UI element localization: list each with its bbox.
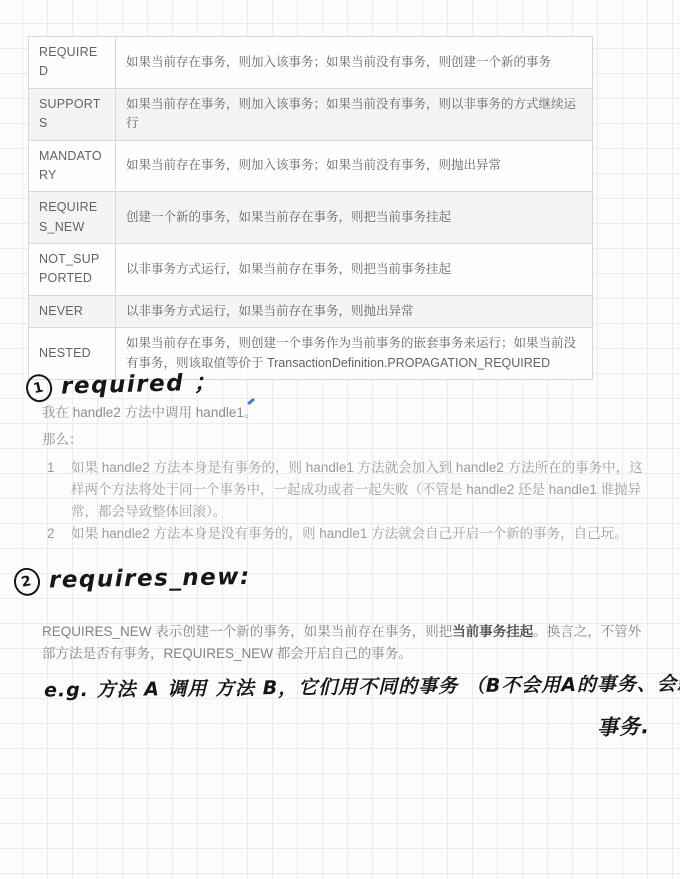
handwritten-note-line2: 事务. xyxy=(596,710,650,742)
list-item: 1 如果 handle2 方法本身是有事务的，则 handle1 方法就会加入到… xyxy=(47,457,653,523)
handwritten-heading-requires-new: 2requires_new: xyxy=(14,564,251,596)
propagation-desc: 如果当前存在事务，则加入该事务；如果当前没有事务，则创建一个新的事务 xyxy=(116,37,593,89)
list-item-number: 1 xyxy=(47,457,71,523)
table-row: REQUIRES_NEW 创建一个新的事务，如果当前存在事务，则把当前事务挂起 xyxy=(29,192,593,244)
propagation-table: REQUIRED 如果当前存在事务，则加入该事务；如果当前没有事务，则创建一个新… xyxy=(28,36,593,380)
propagation-desc: 如果当前存在事务，则加入该事务；如果当前没有事务，则抛出异常 xyxy=(116,140,593,192)
propagation-desc: 如果当前存在事务，则加入该事务；如果当前没有事务，则以非事务的方式继续运行 xyxy=(116,88,593,140)
numbered-list: 1 如果 handle2 方法本身是有事务的，则 handle1 方法就会加入到… xyxy=(47,457,653,545)
table-row: NEVER 以非事务方式运行，如果当前存在事务，则抛出异常 xyxy=(29,295,593,327)
handwritten-note-line1: e.g. 方法 A 调用 方法 B，它们用不同的事务 （B不会用A的事务、会新增 xyxy=(44,668,680,702)
propagation-term: REQUIRED xyxy=(29,37,116,89)
propagation-term: REQUIRES_NEW xyxy=(29,192,116,244)
list-item-number: 2 xyxy=(47,523,71,545)
list-item: 2 如果 handle2 方法本身是没有事务的，则 handle1 方法就会自己… xyxy=(47,523,653,545)
lead-line: 那么： xyxy=(42,429,83,451)
note-page: REQUIRED 如果当前存在事务，则加入该事务；如果当前没有事务，则创建一个新… xyxy=(0,0,680,879)
propagation-term: MANDATORY xyxy=(29,140,116,192)
paragraph-text: REQUIRES_NEW 表示创建一个新的事务，如果当前存在事务，则把 xyxy=(42,624,452,639)
paragraph-bold-text: 当前事务挂起 xyxy=(452,624,533,639)
heading-text: required ； xyxy=(61,369,219,399)
table-row: SUPPORTS 如果当前存在事务，则加入该事务；如果当前没有事务，则以非事务的… xyxy=(29,88,593,140)
table-row: MANDATORY 如果当前存在事务，则加入该事务；如果当前没有事务，则抛出异常 xyxy=(29,140,593,192)
handwritten-heading-required: 1required ； xyxy=(26,363,219,402)
circled-number-1: 1 xyxy=(24,372,55,405)
propagation-desc: 以非事务方式运行，如果当前存在事务，则抛出异常 xyxy=(116,295,593,327)
intro-line: 我在 handle2 方法中调用 handle1。 xyxy=(42,402,257,424)
propagation-term: NEVER xyxy=(29,295,116,327)
list-item-text: 如果 handle2 方法本身是没有事务的，则 handle1 方法就会自己开启… xyxy=(71,523,653,545)
circled-number-2: 2 xyxy=(12,566,43,598)
requires-new-paragraph: REQUIRES_NEW 表示创建一个新的事务，如果当前存在事务，则把当前事务挂… xyxy=(42,621,654,665)
propagation-desc: 创建一个新的事务，如果当前存在事务，则把当前事务挂起 xyxy=(116,192,593,244)
list-item-text: 如果 handle2 方法本身是有事务的，则 handle1 方法就会加入到 h… xyxy=(71,457,653,523)
heading-text: requires_new: xyxy=(49,564,251,594)
propagation-term: NOT_SUPPORTED xyxy=(29,244,116,296)
propagation-term: SUPPORTS xyxy=(29,88,116,140)
propagation-desc: 以非事务方式运行，如果当前存在事务，则把当前事务挂起 xyxy=(116,244,593,296)
table-row: NOT_SUPPORTED 以非事务方式运行，如果当前存在事务，则把当前事务挂起 xyxy=(29,244,593,296)
table-row: REQUIRED 如果当前存在事务，则加入该事务；如果当前没有事务，则创建一个新… xyxy=(29,37,593,89)
